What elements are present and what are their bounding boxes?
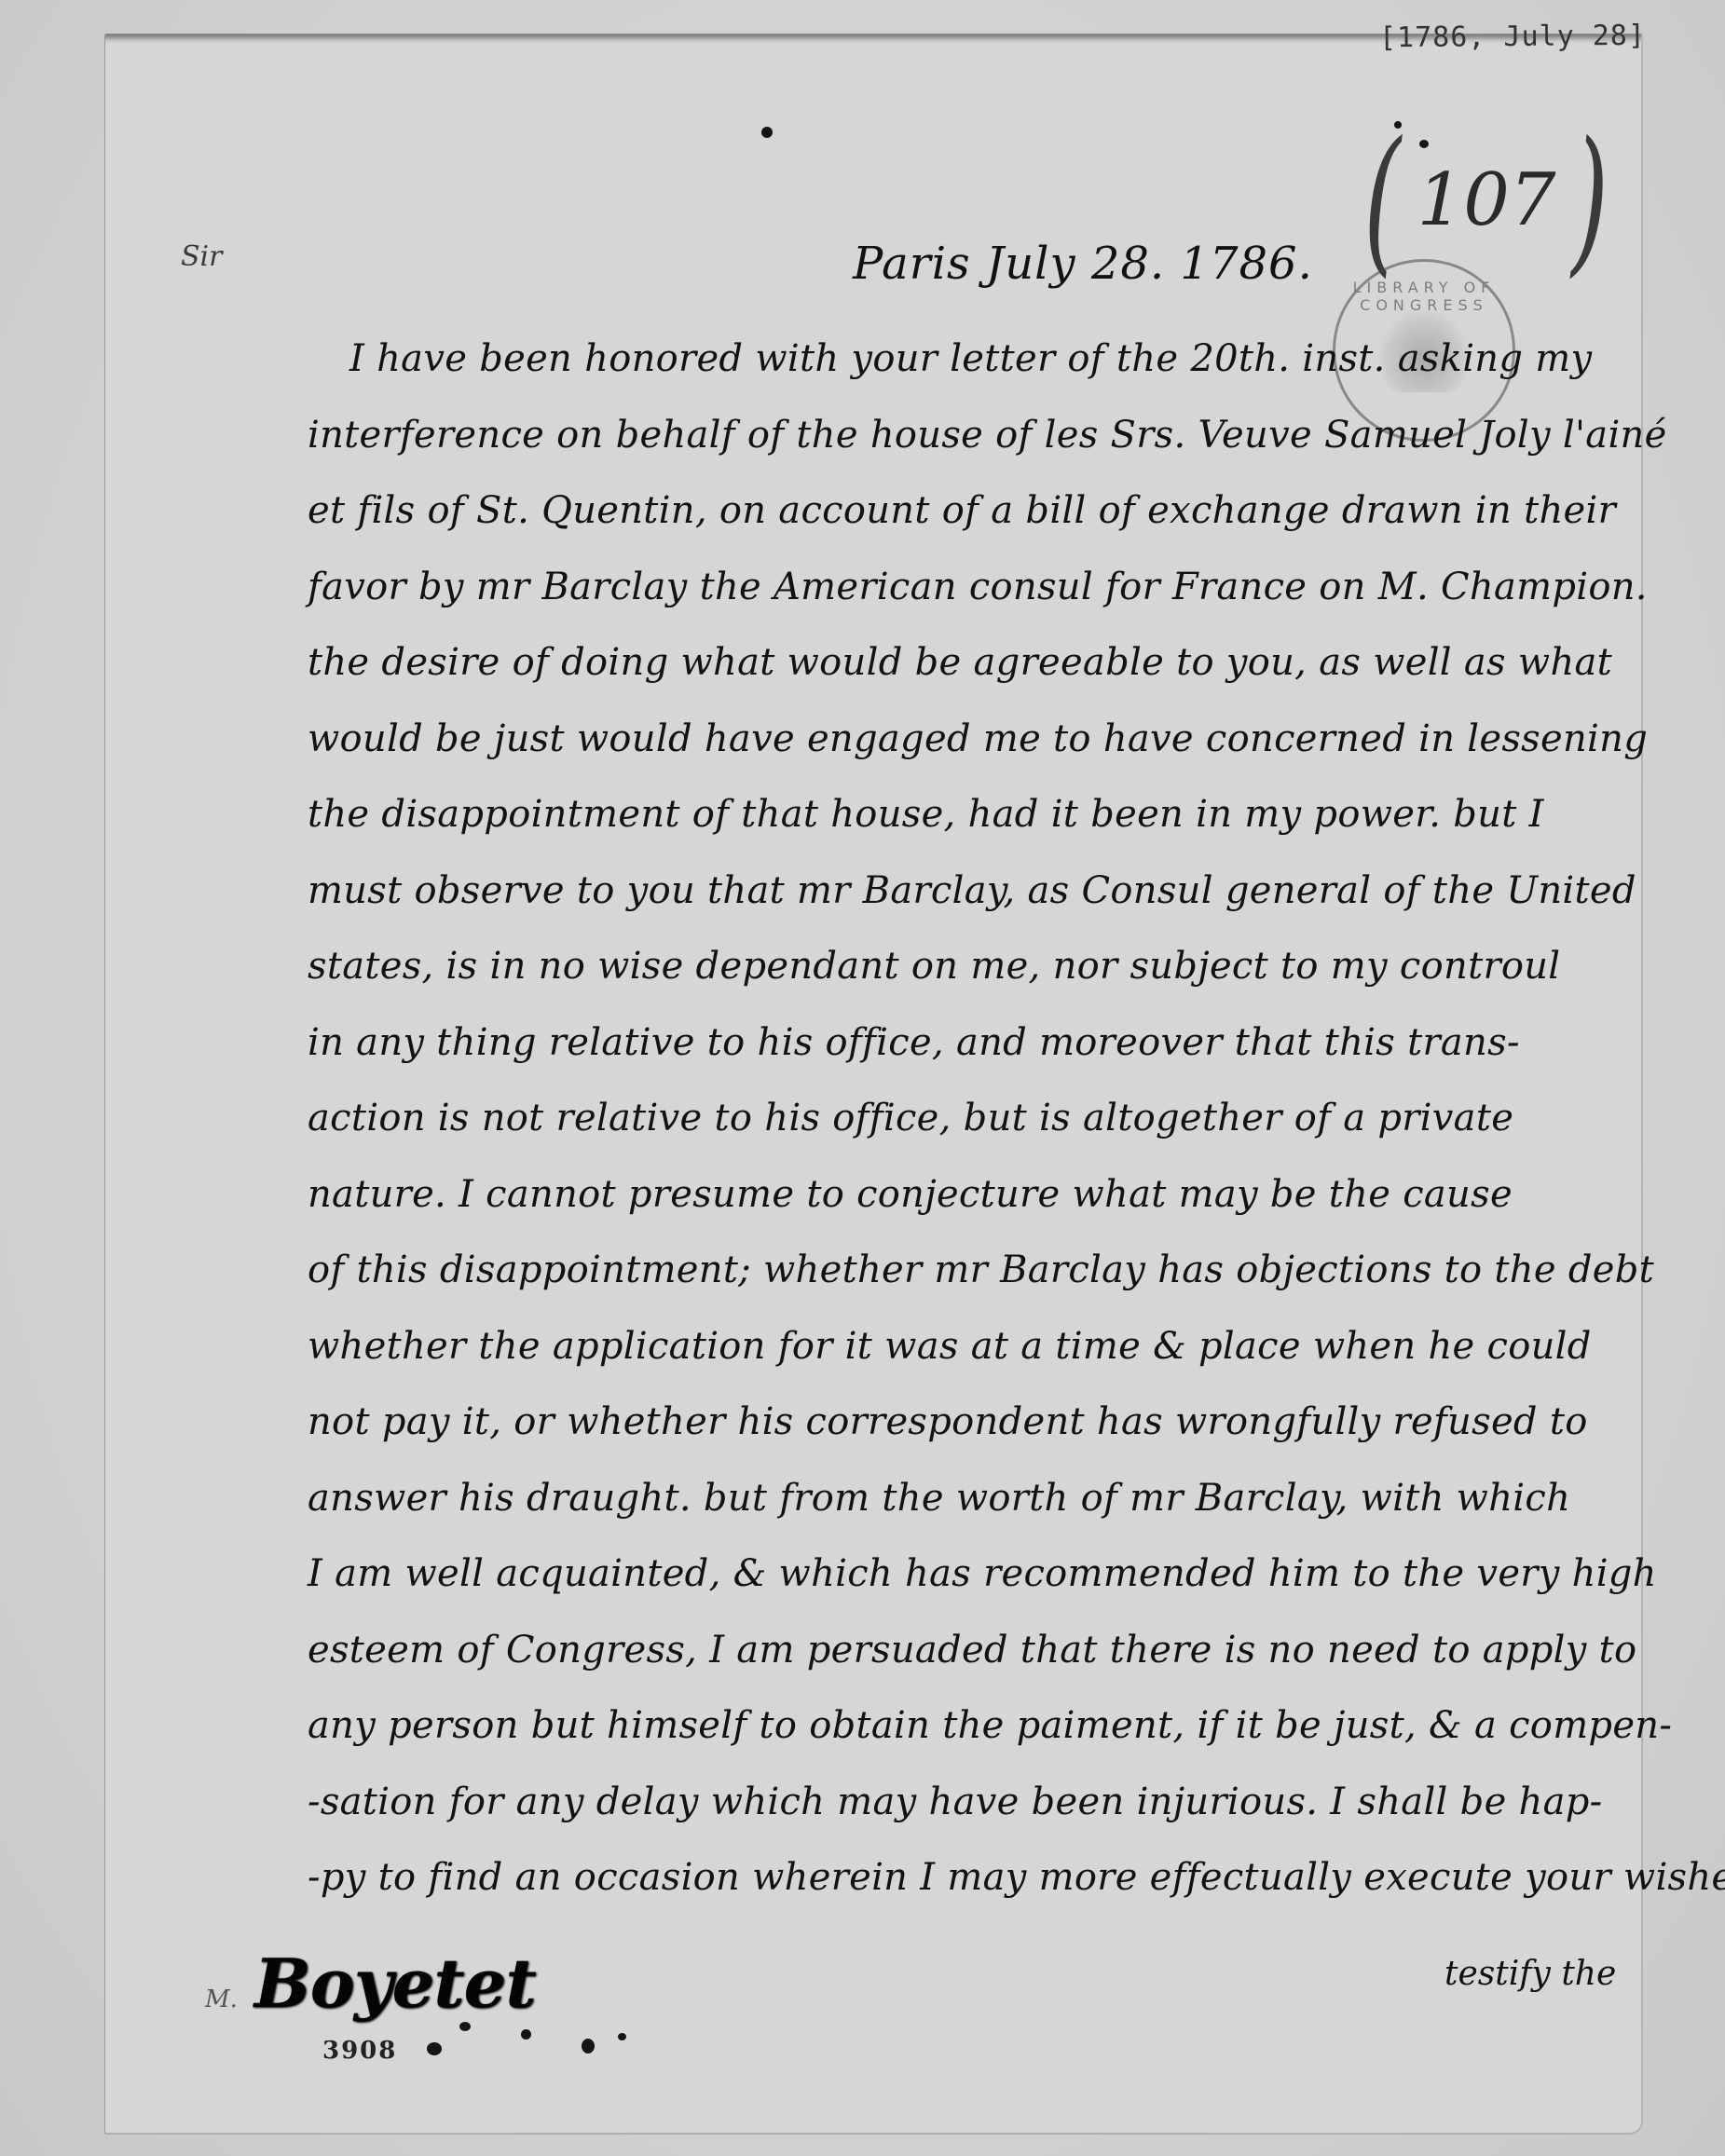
document-number: 3908	[322, 2037, 397, 2065]
letter-line: states, is in no wise dependant on me, n…	[308, 929, 1631, 1005]
letter-line: not pay it, or whether his correspondent…	[308, 1385, 1631, 1461]
letter-line: favor by mr Barclay the American consul …	[308, 550, 1631, 626]
ink-blot-icon	[1419, 140, 1429, 148]
letter-line: in any thing relative to his office, and…	[308, 1005, 1631, 1082]
letter-line: action is not relative to his office, bu…	[308, 1081, 1631, 1157]
ink-blot-icon	[521, 2029, 531, 2040]
archival-date-note: [1786, July 28]	[1379, 20, 1646, 54]
letter-line: et fils of St. Quentin, on account of a …	[308, 473, 1631, 550]
letter-line: I am well acquainted, & which has recomm…	[308, 1536, 1631, 1613]
addressee-name: Boyetet	[254, 1944, 536, 2023]
letter-line: -sation for any delay which may have bee…	[308, 1765, 1631, 1841]
letter-line: -py to find an occasion wherein I may mo…	[308, 1840, 1631, 1917]
letter-line: whether the application for it was at a …	[308, 1309, 1631, 1385]
letter-body: I have been honored with your letter of …	[308, 321, 1631, 1917]
ink-blot-icon	[459, 2022, 471, 2031]
close-parenthesis-mark: )	[1572, 121, 1609, 280]
letter-line: answer his draught. but from the worth o…	[308, 1461, 1631, 1537]
letter-line: any person but himself to obtain the pai…	[308, 1688, 1631, 1765]
ink-blot-icon	[427, 2042, 442, 2055]
letter-line: must observe to you that mr Barclay, as …	[308, 853, 1631, 930]
salutation: Sir	[181, 240, 223, 273]
letter-line: esteem of Congress, I am persuaded that …	[308, 1613, 1631, 1689]
letter-line: the disappointment of that house, had it…	[308, 777, 1631, 853]
catchword: testify the	[1444, 1955, 1616, 1993]
ink-blot-icon	[618, 2033, 626, 2040]
addressee: M. Boyetet	[205, 1944, 536, 2023]
letter-line: of this disappointment; whether mr Barcl…	[308, 1233, 1631, 1309]
addressee-prefix: M.	[205, 1985, 238, 2013]
open-parenthesis-mark: (	[1364, 121, 1402, 280]
folio-number-value: 107	[1414, 158, 1560, 242]
letter-line: interference on behalf of the house of l…	[308, 398, 1631, 474]
letter-line: nature. I cannot presume to conjecture w…	[308, 1157, 1631, 1234]
ink-blot-icon	[761, 127, 773, 138]
dateline: Paris July 28. 1786.	[853, 238, 1313, 290]
letter-line: would be just would have engaged me to h…	[308, 702, 1631, 778]
ink-blot-icon	[1394, 121, 1402, 129]
folio-number: ( 107 )	[1398, 130, 1575, 270]
ink-blot-icon	[582, 2039, 595, 2054]
letter-line: the desire of doing what would be agreea…	[308, 625, 1631, 702]
letter-line: I have been honored with your letter of …	[308, 321, 1631, 398]
